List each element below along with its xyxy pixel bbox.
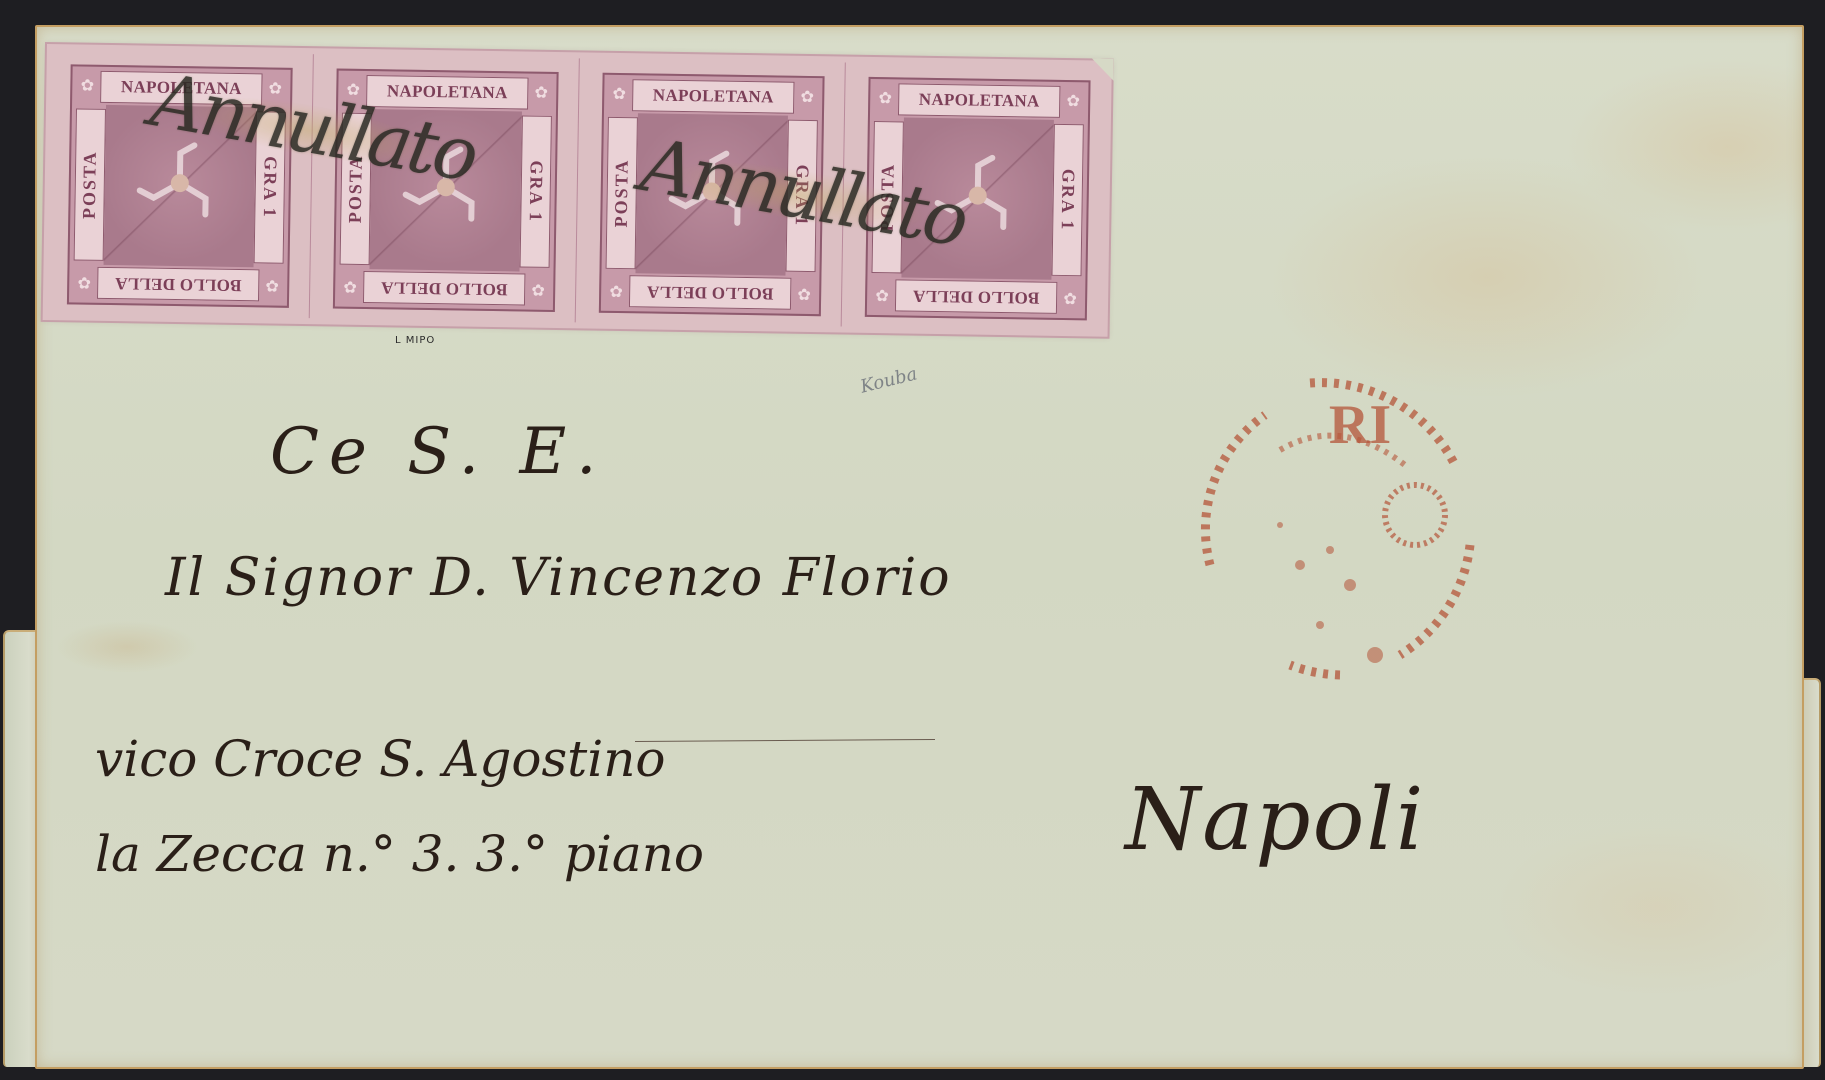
rosette-icon: ✿: [74, 70, 100, 100]
address-street-line-2: la Zecca n.° 3. 3.° piano: [95, 825, 704, 883]
stamp-right-band: GRA 1: [1051, 124, 1083, 276]
rosette-icon: ✿: [606, 79, 632, 109]
stamp-bottom-text: BOLLO DELLA: [895, 279, 1057, 314]
address-honorific: Ce S. E.: [270, 415, 607, 489]
stamp-left-band: POSTA: [606, 117, 638, 269]
stamp-left-band: POSTA: [74, 108, 106, 260]
stamp-bottom-text: BOLLO DELLA: [363, 271, 525, 306]
rosette-icon: ✿: [525, 276, 551, 306]
stamp-right-text: GRA 1: [1057, 169, 1079, 232]
stamp-right-band: GRA 1: [520, 115, 552, 267]
rosette-icon: ✿: [1060, 86, 1086, 116]
stamp-right-text: GRA 1: [525, 160, 547, 223]
stamp-bottom-text: BOLLO DELLA: [629, 275, 791, 310]
rosette-icon: ✿: [1057, 284, 1083, 314]
address-city: Napoli: [1125, 770, 1425, 870]
rosette-icon: ✿: [337, 273, 363, 303]
rosette-icon: ✿: [872, 83, 898, 113]
svg-text:RI: RI: [1329, 394, 1391, 456]
stamp-top-text: NAPOLETANA: [632, 79, 794, 114]
stamp-left-text: POSTA: [79, 150, 101, 219]
address-street-line-1: vico Croce S. Agostino: [95, 730, 666, 788]
rosette-icon: ✿: [71, 268, 97, 298]
rosette-icon: ✿: [528, 78, 554, 108]
rosette-icon: ✿: [794, 82, 820, 112]
rosette-icon: ✿: [791, 280, 817, 310]
rosette-icon: ✿: [869, 281, 895, 311]
stamp-top-text: NAPOLETANA: [898, 83, 1060, 118]
stamp-left-text: POSTA: [611, 159, 633, 228]
stamp-bottom-text: BOLLO DELLA: [97, 267, 259, 302]
imprint-text: L MIPO: [395, 335, 435, 346]
rosette-icon: ✿: [259, 271, 285, 301]
rosette-icon: ✿: [603, 277, 629, 307]
postmark-icon: RI: [1170, 355, 1510, 695]
address-recipient: Il Signor D. Vincenzo Florio: [165, 548, 952, 608]
